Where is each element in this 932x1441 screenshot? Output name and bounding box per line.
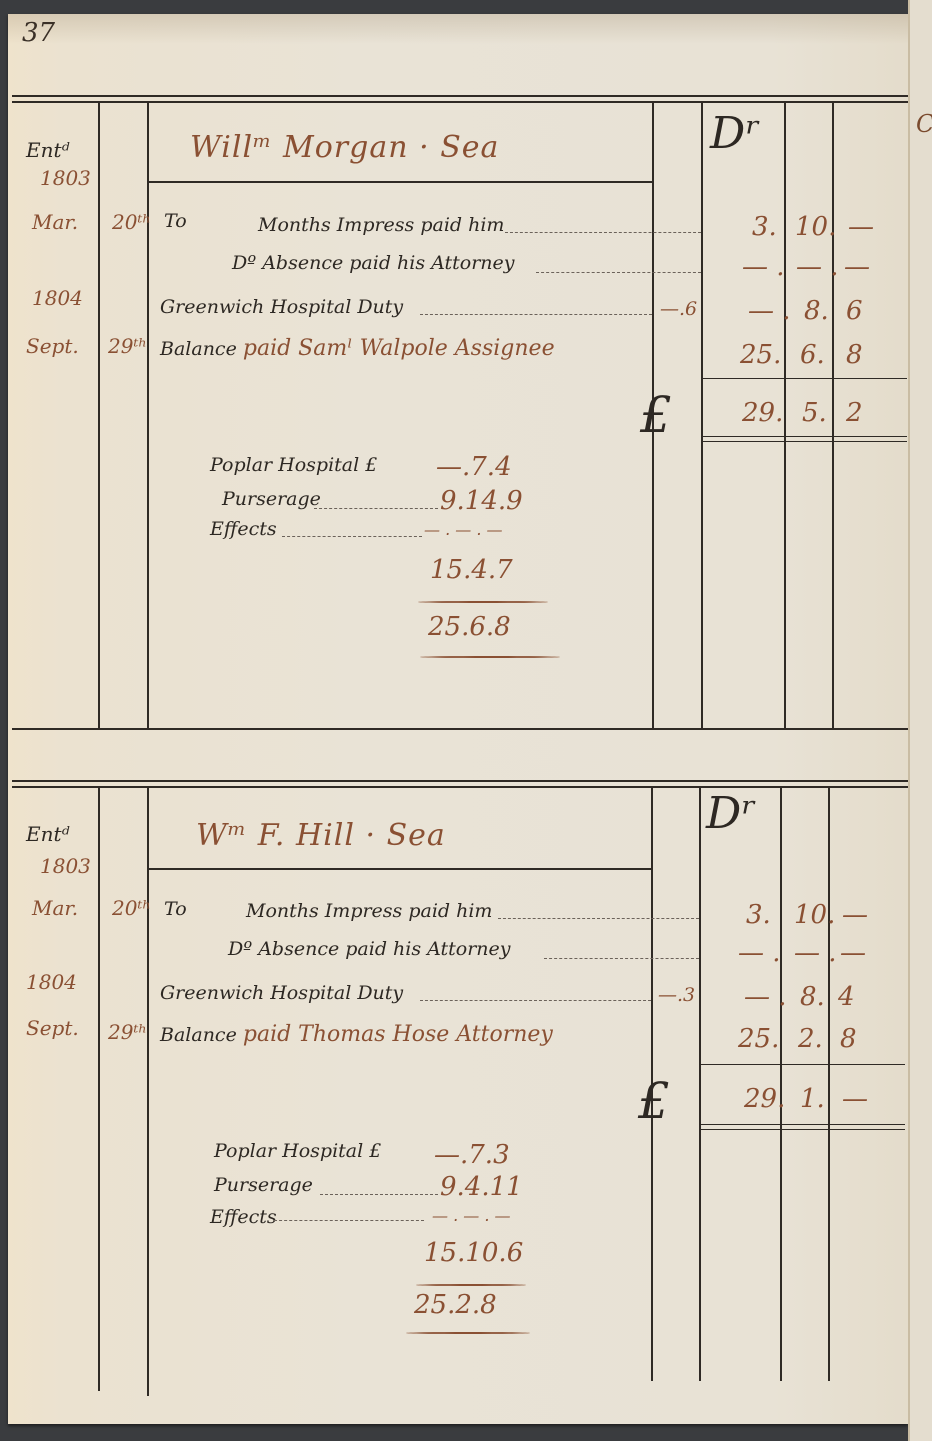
- rating-label: Sea: [440, 130, 499, 165]
- year-1803: 1803: [40, 166, 91, 190]
- leader-dots: [274, 1220, 424, 1221]
- breakdown-effects-label: Effects: [210, 1206, 277, 1228]
- grand-total-underline: [406, 1332, 530, 1334]
- leader-dots: [314, 508, 438, 509]
- month-sept: Sept.: [26, 1016, 79, 1040]
- subtotal-underline: [416, 1284, 526, 1286]
- entry-4-pence: 8: [846, 340, 863, 370]
- entry-2-pounds: — .: [742, 252, 785, 282]
- folio-number: 37: [22, 18, 55, 48]
- entry-4-shillings: 6.: [800, 340, 825, 370]
- col-rule-pounds: [784, 101, 786, 728]
- top-double-rule: [12, 780, 908, 782]
- total-double-rule: [699, 1124, 905, 1125]
- block-bottom-rule: [12, 728, 908, 730]
- year-1803: 1803: [40, 854, 91, 878]
- total-double-rule-2: [699, 1129, 905, 1130]
- entry-3-shillings: 8.: [804, 296, 829, 326]
- entry-3-pounds: — .: [748, 296, 791, 326]
- top-double-rule: [12, 95, 908, 97]
- breakdown-poplar-value: —.7.3: [434, 1140, 510, 1170]
- entry-4-pounds: 25.: [738, 1024, 779, 1054]
- total-over-rule: [701, 378, 907, 379]
- entry-2-pounds: — .: [738, 938, 781, 968]
- entry-2-shillings: — .: [794, 938, 837, 968]
- debit-header: Dʳ: [706, 788, 757, 839]
- day-20: 20ᵗʰ: [112, 210, 151, 234]
- entry-prefix-to: To: [164, 210, 187, 232]
- col-rule-date: [98, 786, 100, 1391]
- breakdown-poplar-label: Poplar Hospital £: [214, 1140, 381, 1162]
- col-rule-date: [98, 101, 100, 728]
- balance-payee: paid Thomas Hose Attorney: [243, 1022, 553, 1047]
- entry-greenwich-duty: Greenwich Hospital Duty: [160, 296, 403, 318]
- leader-dots: [420, 1000, 651, 1001]
- name-underrule: [147, 181, 652, 183]
- pound-symbol: £: [638, 1072, 670, 1130]
- col-rule-day: [147, 101, 149, 728]
- total-double-rule: [701, 436, 907, 437]
- entry-1-pounds: 3.: [746, 900, 771, 930]
- account-holder-name: Wᵐ F. Hill · Sea: [196, 818, 446, 853]
- entry-3-shillings: 8.: [800, 982, 825, 1012]
- entry-4-pounds: 25.: [740, 340, 781, 370]
- breakdown-purserage-label: Purserage: [222, 488, 321, 510]
- entry-2-pence: —: [844, 252, 870, 282]
- total-shillings: 5.: [802, 398, 827, 428]
- leader-dots: [536, 272, 701, 273]
- total-pounds: 29.: [742, 398, 783, 428]
- col-rule-shillings: [828, 786, 830, 1381]
- balance-label: Balance: [160, 338, 237, 360]
- entry-balance: Balance paid Thomas Hose Attorney: [160, 1022, 553, 1047]
- entry-absence: Dº Absence paid his Attorney: [228, 938, 511, 960]
- leader-dots: [320, 1194, 438, 1195]
- debit-header: Dʳ: [710, 108, 761, 159]
- name-underrule: [147, 868, 651, 870]
- entry-4-pence: 8: [840, 1024, 857, 1054]
- entered-label: Entᵈ: [26, 822, 70, 846]
- leader-dots: [282, 536, 422, 537]
- subtotal-underline: [418, 601, 548, 603]
- entry-3-pence: 4: [838, 982, 855, 1012]
- entry-prefix-to: To: [164, 898, 187, 920]
- entry-3-side: —.3: [658, 984, 695, 1006]
- adjacent-page-edge: C: [908, 0, 932, 1441]
- entry-2-pence: —: [840, 938, 866, 968]
- grand-total-underline: [420, 656, 560, 658]
- entry-1-shillings: 10.: [794, 900, 835, 930]
- pound-symbol: £: [640, 386, 672, 444]
- col-rule-day: [147, 786, 149, 1396]
- total-pounds: 29.: [744, 1084, 785, 1114]
- breakdown-purserage-value: 9.14.9: [440, 486, 523, 516]
- month-mar: Mar.: [32, 210, 78, 234]
- breakdown-subtotal: 15.10.6: [424, 1238, 523, 1268]
- leader-dots: [505, 232, 701, 233]
- breakdown-effects-value: — . — . —: [432, 1206, 511, 1225]
- entry-months-impress: Months Impress paid him: [246, 900, 492, 922]
- col-rule-shillings: [832, 101, 834, 728]
- balance-payee: paid Samˡ Walpole Assignee: [243, 336, 555, 361]
- entry-3-pounds: — .: [744, 982, 787, 1012]
- year-1804: 1804: [26, 970, 77, 994]
- year-1804: 1804: [32, 286, 83, 310]
- entry-1-pounds: 3.: [752, 212, 777, 242]
- page-shading: [8, 14, 908, 44]
- total-shillings: 1.: [800, 1084, 825, 1114]
- entry-absence: Dº Absence paid his Attorney: [232, 252, 515, 274]
- entry-months-impress: Months Impress paid him: [258, 214, 504, 236]
- total-double-rule-2: [701, 441, 907, 442]
- seaman-name: Wᵐ F. Hill: [196, 818, 355, 853]
- rating-label: Sea: [387, 818, 446, 853]
- day-20: 20ᵗʰ: [112, 896, 151, 920]
- breakdown-grand-total: 25.6.8: [428, 612, 511, 642]
- col-rule-side: [699, 786, 701, 1381]
- month-mar: Mar.: [32, 896, 78, 920]
- entry-greenwich-duty: Greenwich Hospital Duty: [160, 982, 403, 1004]
- breakdown-effects-label: Effects: [210, 518, 277, 540]
- entry-2-shillings: — .: [796, 252, 839, 282]
- entry-1-pence: —: [848, 212, 874, 242]
- entry-3-side: —.6: [660, 298, 697, 320]
- breakdown-poplar-label: Poplar Hospital £: [210, 454, 377, 476]
- breakdown-poplar-value: —.7.4: [436, 452, 512, 482]
- total-pence: 2: [846, 398, 863, 428]
- breakdown-purserage-value: 9.4.11: [440, 1172, 523, 1202]
- breakdown-subtotal: 15.4.7: [430, 555, 513, 585]
- breakdown-purserage-label: Purserage: [214, 1174, 313, 1196]
- day-29: 29ᵗʰ: [108, 1020, 147, 1044]
- seaman-name: Willᵐ Morgan: [190, 130, 409, 165]
- leader-dots: [498, 918, 699, 919]
- breakdown-effects-value: — . — . —: [424, 520, 503, 539]
- day-29: 29ᵗʰ: [108, 334, 147, 358]
- entry-1-shillings: 10.: [795, 212, 836, 242]
- leader-dots: [420, 314, 652, 315]
- entry-1-pence: —: [842, 900, 868, 930]
- entry-3-pence: 6: [846, 296, 863, 326]
- balance-label: Balance: [160, 1024, 237, 1046]
- entry-balance: Balance paid Samˡ Walpole Assignee: [160, 336, 555, 361]
- breakdown-grand-total: 25.2.8: [414, 1290, 497, 1320]
- entered-label: Entᵈ: [26, 138, 70, 162]
- total-pence: —: [842, 1084, 868, 1114]
- total-over-rule: [699, 1064, 905, 1065]
- entry-4-shillings: 2.: [798, 1024, 823, 1054]
- adjacent-page-letter: C: [916, 110, 932, 138]
- leader-dots: [544, 958, 699, 959]
- account-holder-name: Willᵐ Morgan · Sea: [190, 130, 499, 165]
- col-rule-side: [701, 101, 703, 728]
- month-sept: Sept.: [26, 334, 79, 358]
